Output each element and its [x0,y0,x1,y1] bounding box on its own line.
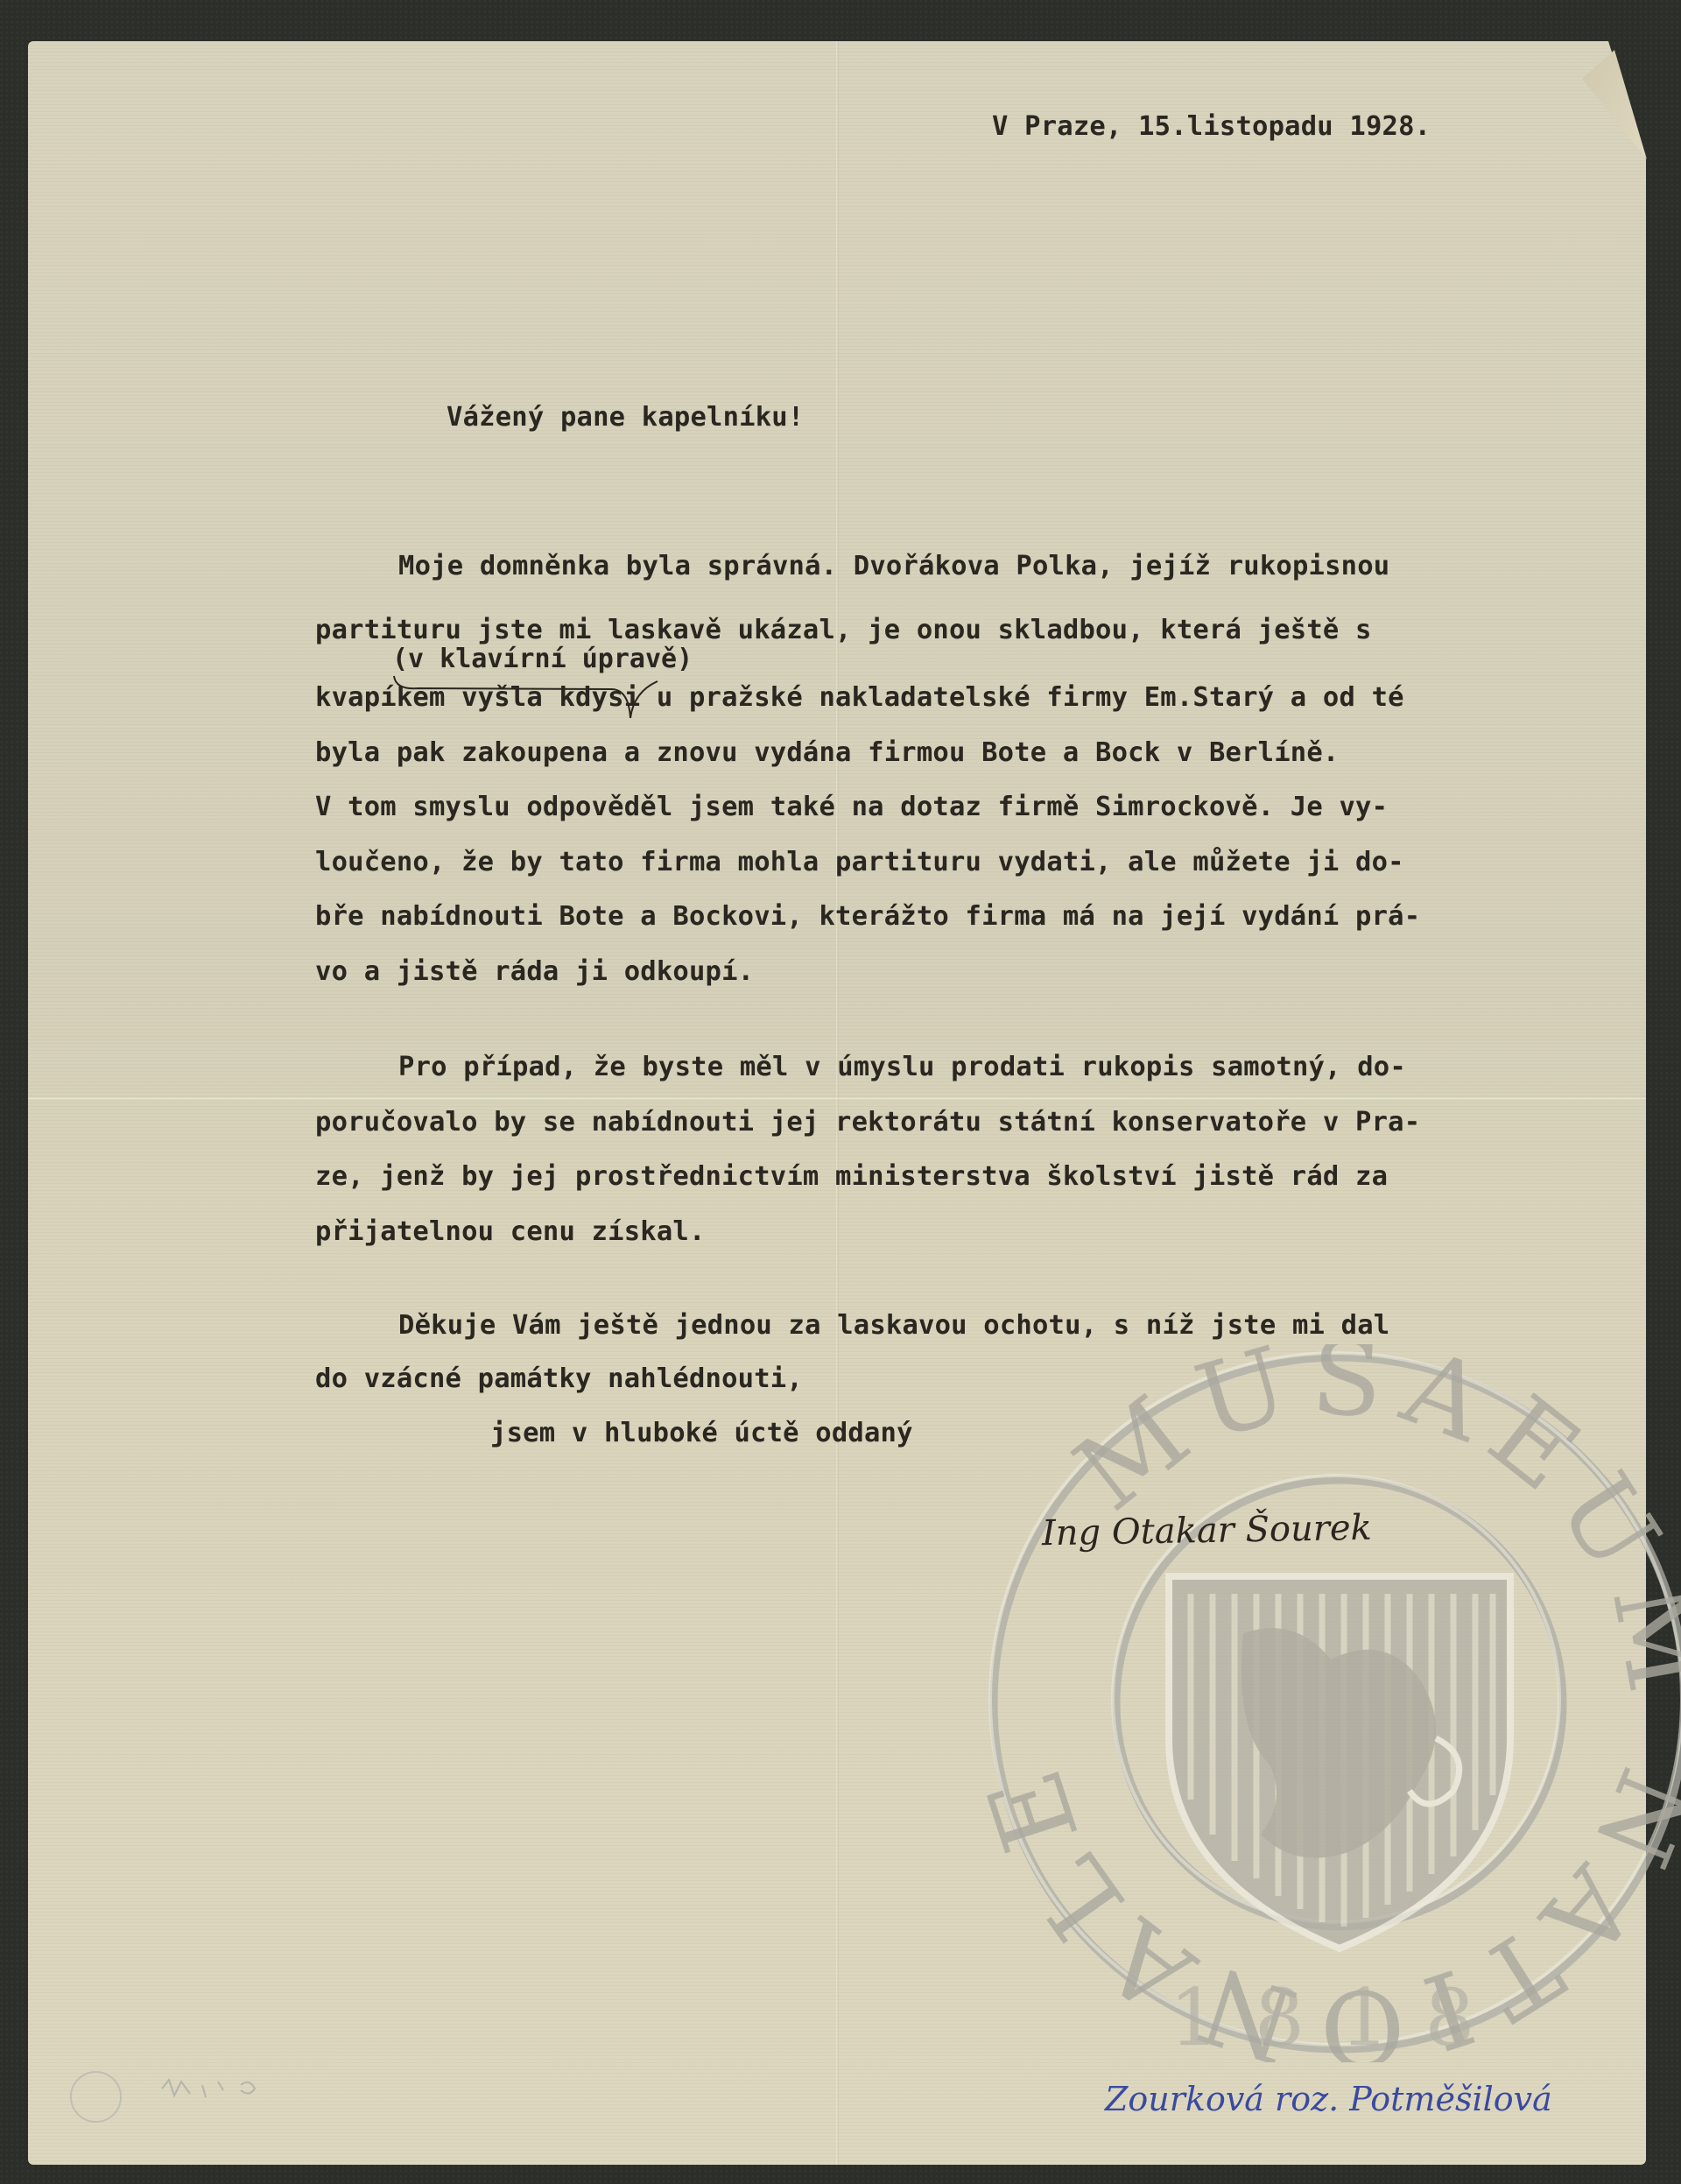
body-line: Děkuje Vám ještě jednou za laskavou ocho… [398,1313,1389,1340]
letter-closing: jsem v hluboké úctě oddaný [490,1420,913,1448]
body-line: Pro případ, že byste měl v úmyslu prodat… [398,1054,1406,1081]
body-line: loučeno, že by tato firma mohla partitur… [315,849,1404,877]
body-line: do vzácné památky nahlédnouti, [315,1366,803,1393]
handwritten-annotation: Zourková roz. Potměšilová [1105,2080,1552,2118]
handwritten-insertion: (v klavírní úpravě) [392,644,693,674]
body-line: Moje domněnka byla správná. Dvořákova Po… [398,553,1389,581]
body-line: byla pak zakoupena a znovu vydána firmou… [315,740,1339,767]
horizontal-fold-crease [28,1096,1646,1101]
body-line: přijatelnou cenu získal. [315,1219,706,1246]
faint-pencil-mark [158,2071,306,2106]
vertical-fold-crease [836,41,839,2165]
faint-circular-stamp [70,2071,122,2123]
letter-salutation: Vážený pane kapelníku! [447,405,804,432]
handwritten-signature: Ing Otakar Šourek [1042,1508,1373,1554]
body-line: V tom smyslu odpověděl jsem také na dota… [315,794,1388,821]
body-line: ze, jenž by jej prostřednictvím minister… [315,1164,1388,1191]
body-line: bře nabídnouti Bote a Bockovi, kterážto … [315,904,1420,931]
body-line: vo a jistě ráda ji odkoupí. [315,959,754,986]
letter-place-date: V Praze, 15.listopadu 1928. [992,114,1431,141]
body-line: poručovalo by se nabídnouti jej rektorát… [315,1110,1420,1137]
body-line: partituru jste mi laskavě ukázal, je ono… [315,617,1372,645]
body-line: kvapíkem vyšla kdysi u pražské nakladate… [315,685,1404,712]
